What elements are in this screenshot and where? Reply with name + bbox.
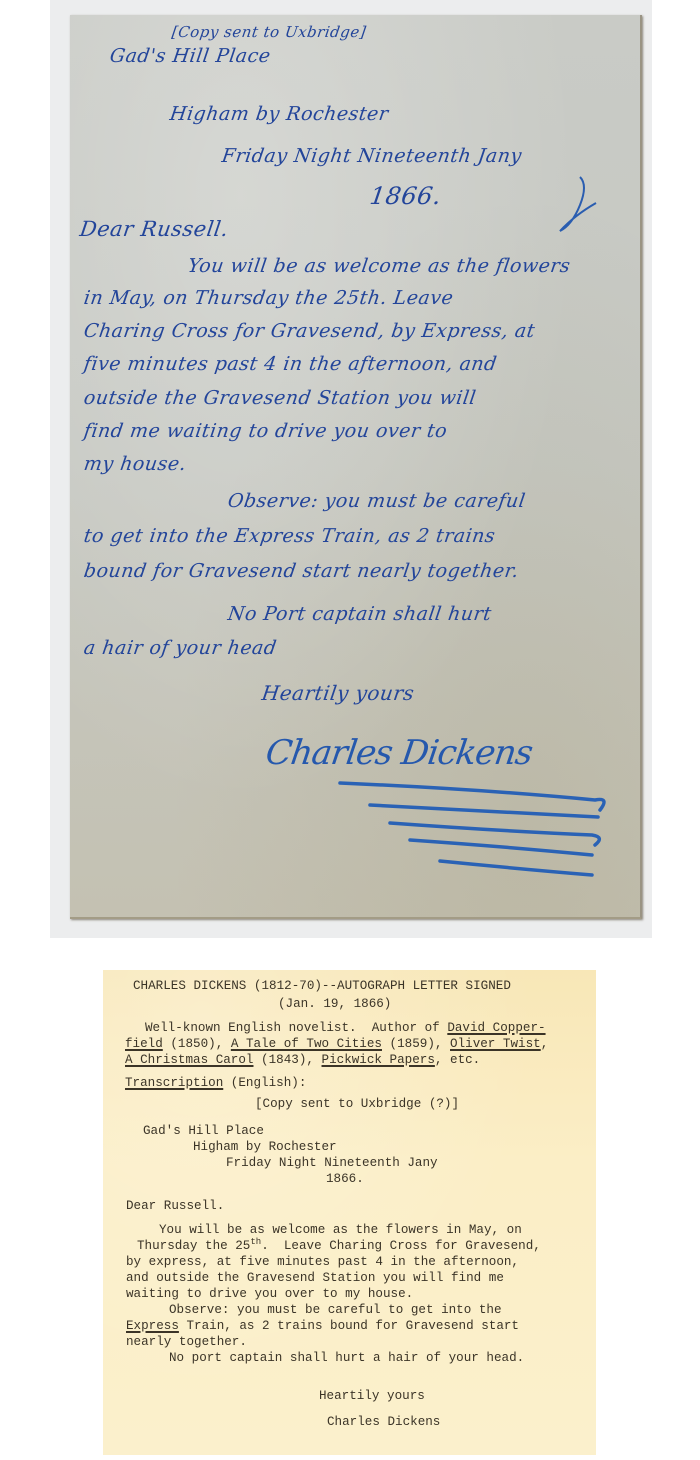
handwritten-address-line-2: Higham by Rochester <box>168 103 390 125</box>
bio-line-2: field (1850), A Tale of Two Cities (1859… <box>125 1036 548 1053</box>
express-underlined: Express <box>126 1319 179 1333</box>
handwritten-copy-note: [Copy sent to Uxbridge] <box>171 23 368 41</box>
work-title-david-copperfield: David Copper- <box>447 1021 545 1035</box>
body-line: Observe: you must be careful to get into… <box>169 1302 502 1319</box>
body-line: You will be as welcome as the flowers in… <box>159 1222 522 1239</box>
handwritten-body-line: my house. <box>82 453 187 475</box>
body-line: nearly together. <box>126 1334 247 1351</box>
handwritten-date-line-1: Friday Night Nineteenth Jany <box>220 145 523 167</box>
handwritten-letter-paper: [Copy sent to Uxbridge] Gad's Hill Place… <box>70 15 642 919</box>
bio-line-1: Well-known English novelist. Author of D… <box>145 1020 546 1037</box>
body-line: Thursday the 25th. Leave Charing Cross f… <box>137 1238 541 1255</box>
date-flourish-icon <box>540 175 600 235</box>
card-heading: CHARLES DICKENS (1812-70)--AUTOGRAPH LET… <box>133 978 511 995</box>
closing: Heartily yours <box>319 1388 425 1405</box>
transcription-label-line: Transcription (English): <box>125 1075 306 1092</box>
handwritten-body-line: a hair of your head <box>82 637 278 659</box>
salutation: Dear Russell. <box>126 1198 224 1215</box>
handwritten-body-line: You will be as welcome as the flowers <box>186 255 571 277</box>
transcription-card: CHARLES DICKENS (1812-70)--AUTOGRAPH LET… <box>103 970 596 1455</box>
transcription-label: Transcription <box>125 1076 223 1090</box>
handwritten-body-line: No Port captain shall hurt <box>226 603 493 625</box>
handwritten-body-line: Charing Cross for Gravesend, by Express,… <box>82 320 536 342</box>
signature-flourish-icon <box>330 775 630 885</box>
body-line: Express Train, as 2 trains bound for Gra… <box>126 1318 519 1335</box>
work-title-christmas-carol: A Christmas Carol <box>125 1053 253 1067</box>
handwritten-closing: Heartily yours <box>260 681 416 705</box>
handwritten-body-line: in May, on Thursday the 25th. Leave <box>82 287 454 309</box>
work-title-tale-of-two-cities: A Tale of Two Cities <box>231 1037 382 1051</box>
handwritten-body-line: to get into the Express Train, as 2 trai… <box>82 525 496 547</box>
body-line: waiting to drive you over to my house. <box>126 1286 413 1303</box>
handwritten-body-line: bound for Gravesend start nearly togethe… <box>82 560 520 582</box>
letter-photograph: [Copy sent to Uxbridge] Gad's Hill Place… <box>50 0 652 938</box>
body-line: and outside the Gravesend Station you wi… <box>126 1270 504 1287</box>
date-line-2: 1866. <box>326 1171 364 1188</box>
handwritten-body-line: find me waiting to drive you over to <box>82 420 448 442</box>
handwritten-signature: Charles Dickens <box>263 733 535 773</box>
address-line-2: Higham by Rochester <box>193 1139 337 1156</box>
handwritten-salutation: Dear Russell. <box>78 217 230 241</box>
handwritten-date-year: 1866. <box>368 182 443 210</box>
work-title-pickwick-papers: Pickwick Papers <box>322 1053 435 1067</box>
bio-line-3: A Christmas Carol (1843), Pickwick Paper… <box>125 1052 480 1069</box>
date-line-1: Friday Night Nineteenth Jany <box>226 1155 438 1172</box>
copy-note: [Copy sent to Uxbridge (?)] <box>255 1096 459 1113</box>
handwritten-body-line: five minutes past 4 in the afternoon, an… <box>82 353 498 375</box>
handwritten-body-line: Observe: you must be careful <box>226 490 527 512</box>
card-heading-date: (Jan. 19, 1866) <box>278 996 391 1013</box>
body-line: No port captain shall hurt a hair of you… <box>169 1350 524 1367</box>
work-title-oliver-twist: Oliver Twist <box>450 1037 541 1051</box>
typed-signature: Charles Dickens <box>327 1414 440 1431</box>
handwritten-body-line: outside the Gravesend Station you will <box>82 387 477 409</box>
body-line: by express, at five minutes past 4 in th… <box>126 1254 519 1271</box>
address-line-1: Gad's Hill Place <box>143 1123 264 1140</box>
handwritten-address-line-1: Gad's Hill Place <box>108 45 272 67</box>
